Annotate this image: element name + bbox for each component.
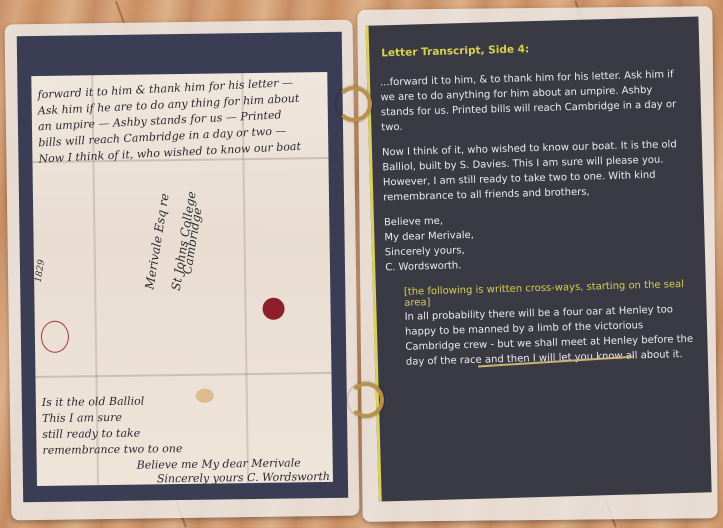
address-line: Merivale Esq re	[142, 192, 171, 290]
right-page-sleeve: Letter Transcript, Side 4: ...forward it…	[357, 6, 717, 522]
left-page-board: forward it to him & thank him for his le…	[17, 32, 348, 502]
transcript-paragraph: Now I think of it, who wished to know ou…	[382, 137, 690, 206]
letter-fold	[35, 372, 331, 378]
paper-stain	[196, 389, 214, 403]
binder-ring-bottom	[348, 382, 384, 418]
transcript-paragraph: ...forward it to him, & to thank him for…	[380, 67, 688, 136]
binder-ring-top	[336, 86, 372, 122]
wax-seal	[262, 298, 284, 320]
handwritten-letter-image: forward it to him & thank him for his le…	[31, 72, 333, 486]
transcript-title: Letter Transcript, Side 4:	[381, 43, 529, 59]
left-page-sleeve: forward it to him & thank him for his le…	[5, 20, 360, 521]
handwritten-line: Sincerely yours C. Wordsworth	[157, 470, 330, 485]
handwritten-line: Believe me My dear Merivale	[137, 456, 301, 471]
postmark-stamp	[41, 321, 69, 353]
handwritten-line: This I am sure	[42, 411, 122, 425]
handwritten-line: still ready to take	[42, 427, 140, 441]
handwritten-line: remembrance two to one	[42, 442, 182, 457]
date-note: 1829	[34, 259, 48, 283]
transcript-board: Letter Transcript, Side 4: ...forward it…	[365, 16, 711, 501]
transcript-paragraph: In all probability there will be a four …	[404, 302, 696, 370]
handwritten-line: Is it the old Balliol	[42, 395, 145, 409]
